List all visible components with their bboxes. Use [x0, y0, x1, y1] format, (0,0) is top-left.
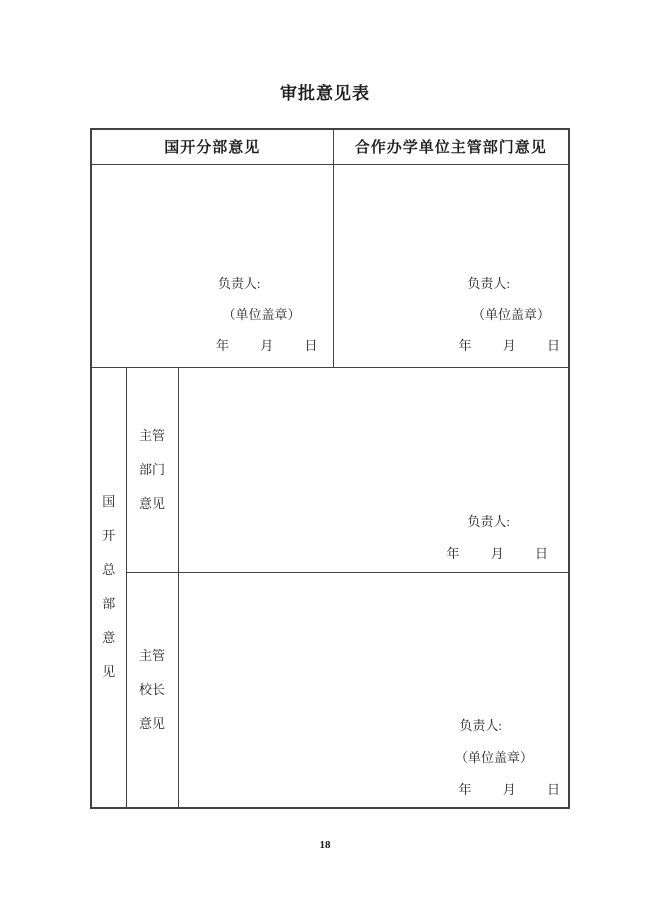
side-label-char: 总: [92, 553, 126, 587]
date-label: 年 月 日: [179, 774, 569, 806]
signature-block: 负责人: 年 月 日: [179, 506, 569, 572]
partner-dept-opinion-cell: 负责人: （单位盖章） 年 月 日: [333, 164, 569, 367]
unit-seal-label: （单位盖章）: [334, 299, 569, 330]
person-in-charge-label: 负责人:: [179, 710, 569, 742]
branch-opinion-cell: 负责人: （单位盖章） 年 月 日: [91, 164, 333, 367]
dept-opinion-cell: 负责人: 年 月 日: [178, 367, 569, 572]
row-label-line: 意见: [127, 487, 178, 521]
date-label: 年 月 日: [92, 330, 333, 361]
signature-block: 负责人: （单位盖章） 年 月 日: [92, 268, 333, 367]
page-number: 18: [0, 839, 650, 851]
header-row: 国开分部意见 合作办学单位主管部门意见: [91, 129, 569, 164]
hq-opinion-side-label: 国 开 总 部 意 见: [91, 367, 126, 808]
row-label-line: 主管: [127, 639, 178, 673]
side-label-char: 见: [92, 655, 126, 689]
page-title: 审批意见表: [0, 79, 650, 104]
unit-seal-label: （单位盖章）: [92, 299, 333, 330]
approval-opinion-table: 国开分部意见 合作办学单位主管部门意见 负责人: （单位盖章） 年 月 日 负责…: [90, 128, 570, 809]
side-label-char: 部: [92, 587, 126, 621]
side-label-char: 意: [92, 621, 126, 655]
date-label: 年 月 日: [179, 538, 569, 570]
row-label-line: 部门: [127, 453, 178, 487]
person-in-charge-label: 负责人:: [92, 268, 333, 299]
person-in-charge-label: 负责人:: [334, 268, 569, 299]
hq-dept-opinion-row: 国 开 总 部 意 见 主管 部门 意见 负责人: 年 月 日: [91, 367, 569, 572]
row-label-line: 意见: [127, 707, 178, 741]
top-opinion-row: 负责人: （单位盖章） 年 月 日 负责人: （单位盖章） 年 月 日: [91, 164, 569, 367]
date-label: 年 月 日: [334, 330, 569, 361]
unit-seal-label: （单位盖章）: [179, 742, 569, 774]
row-label-line: 主管: [127, 419, 178, 453]
signature-block: 负责人: （单位盖章） 年 月 日: [179, 710, 569, 807]
president-opinion-cell: 负责人: （单位盖章） 年 月 日: [178, 572, 569, 808]
hq-president-opinion-row: 主管 校长 意见 负责人: （单位盖章） 年 月 日: [91, 572, 569, 808]
president-opinion-row-label: 主管 校长 意见: [126, 572, 178, 808]
signature-block: 负责人: （单位盖章） 年 月 日: [334, 268, 569, 367]
header-partner-dept-opinion: 合作办学单位主管部门意见: [333, 129, 569, 164]
person-in-charge-label: 负责人:: [179, 506, 569, 538]
side-label-char: 开: [92, 519, 126, 553]
row-label-line: 校长: [127, 673, 178, 707]
dept-opinion-row-label: 主管 部门 意见: [126, 367, 178, 572]
side-label-char: 国: [92, 485, 126, 519]
header-branch-opinion: 国开分部意见: [91, 129, 333, 164]
